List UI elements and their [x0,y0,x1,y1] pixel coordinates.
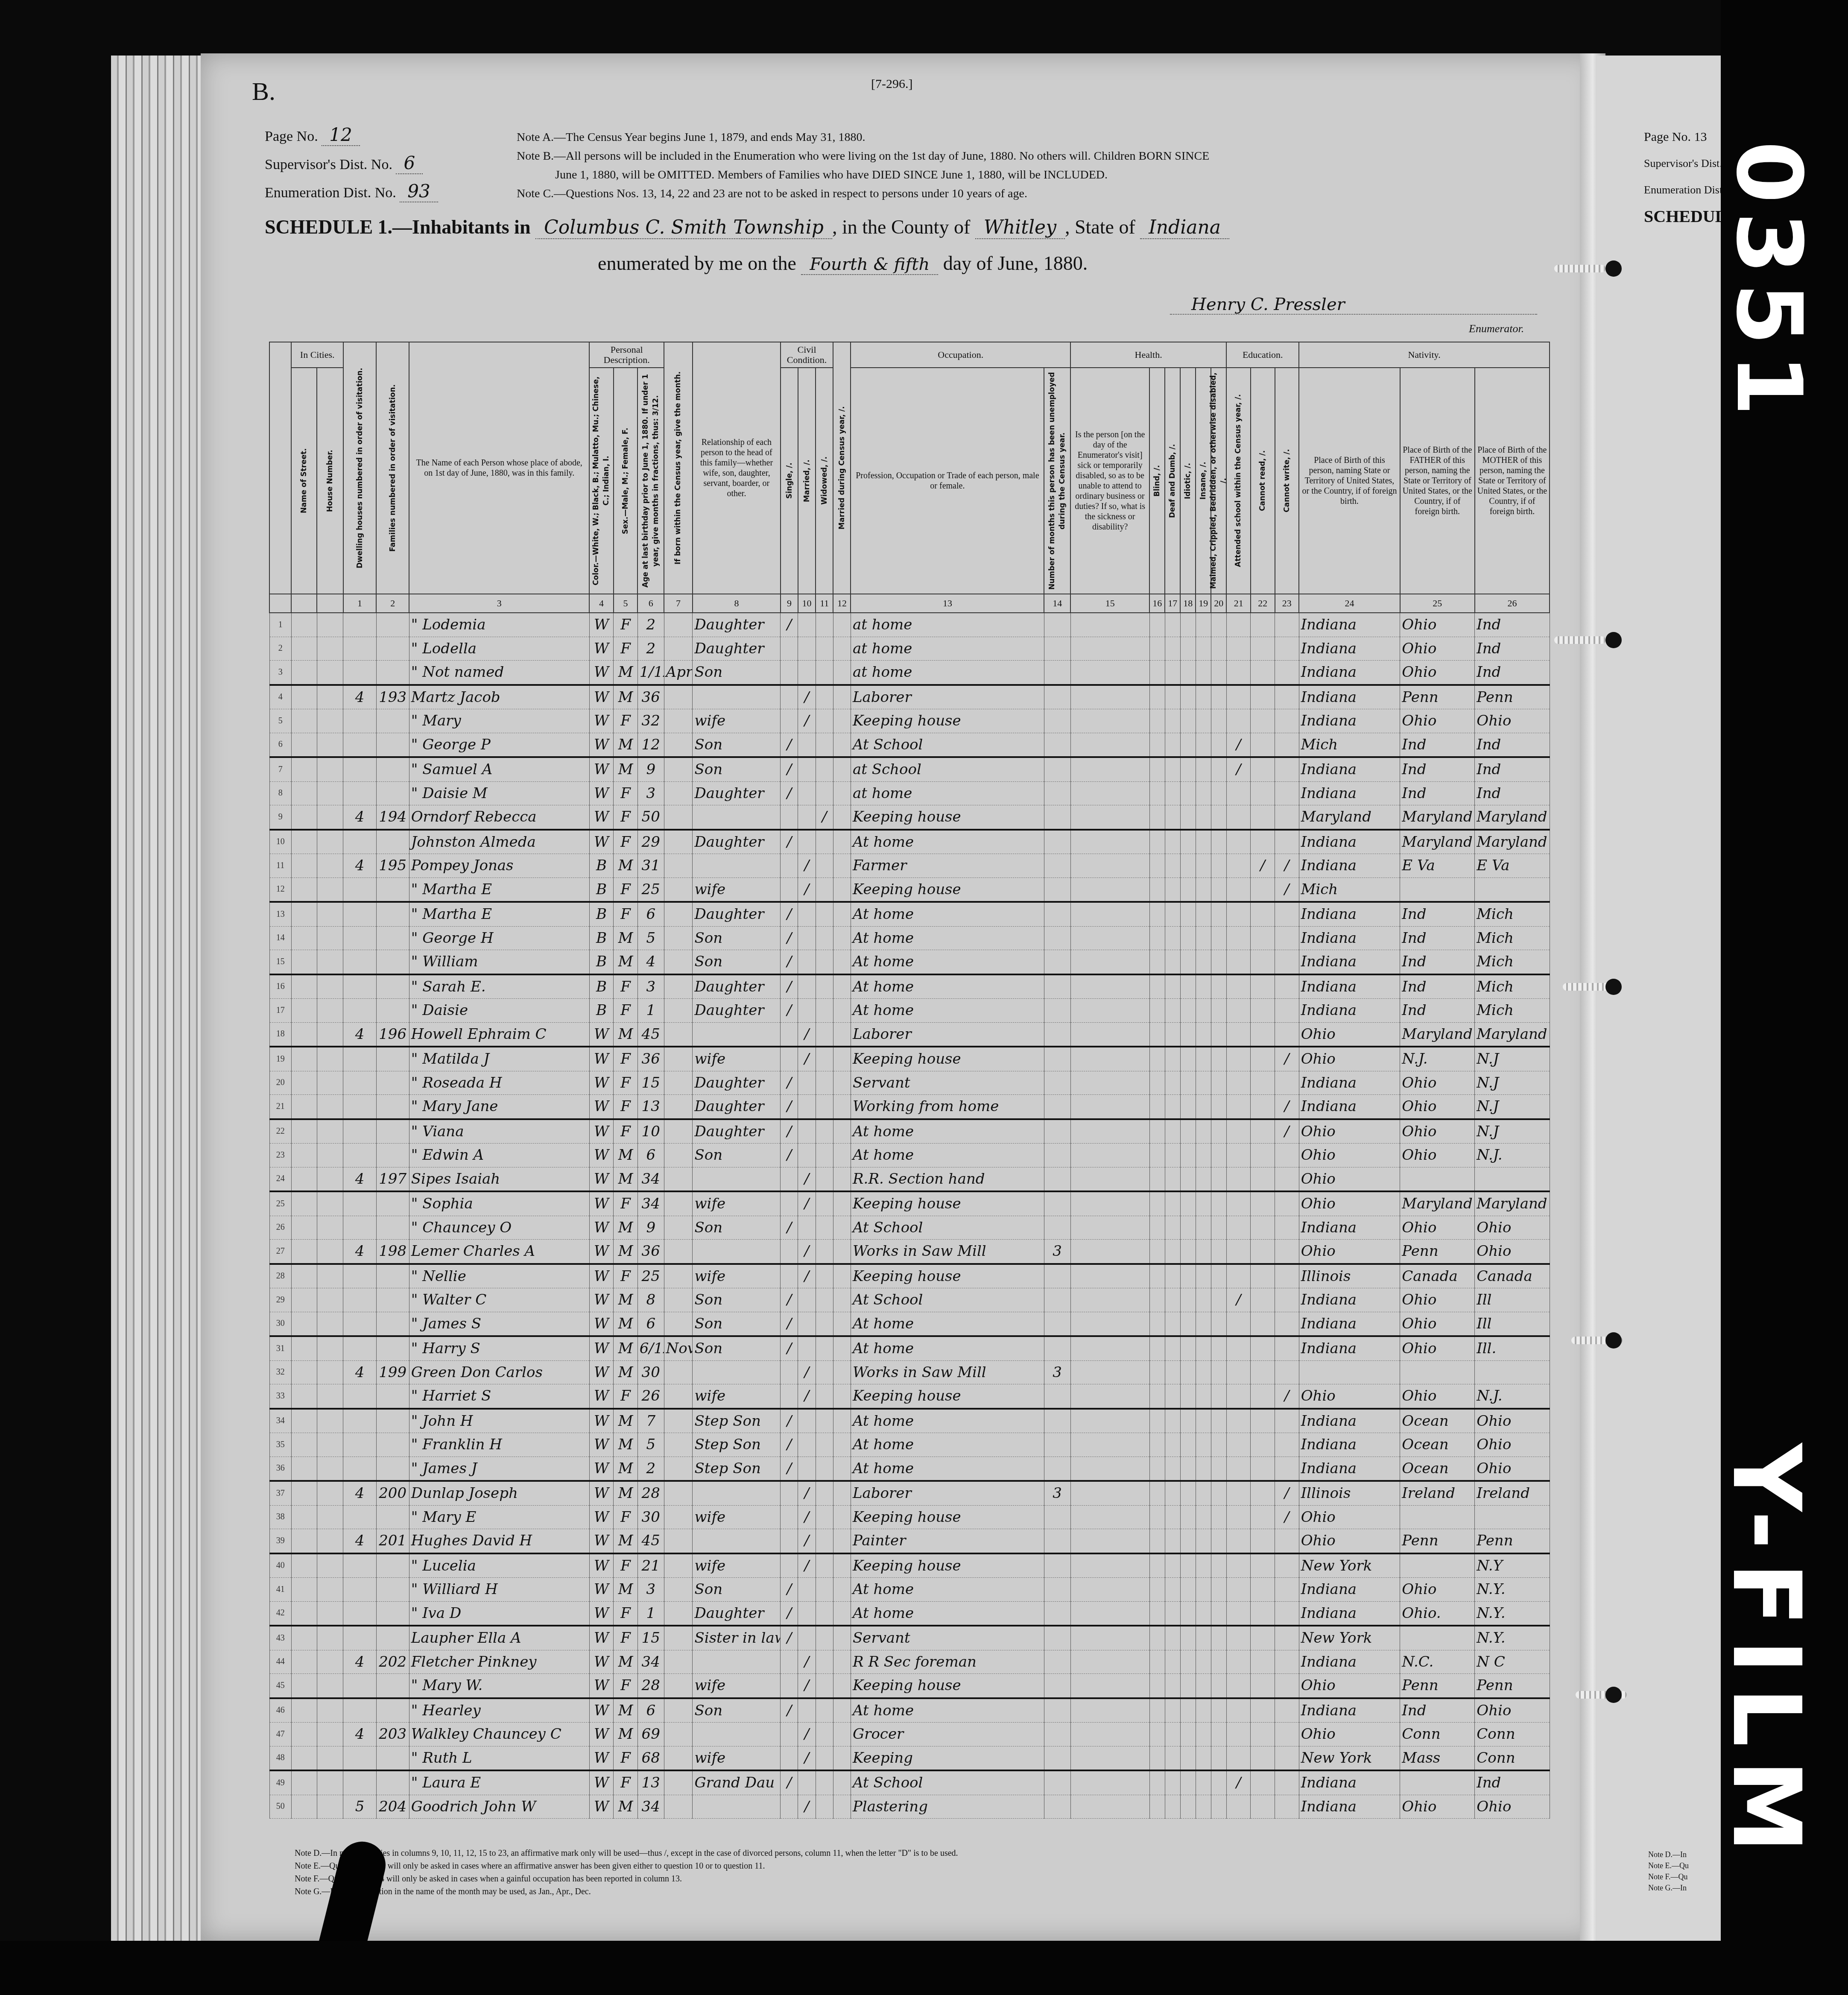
column-numbers-row: 1 2 3 4 5 6 7 8 9 10 11 12 13 14 15 16 1… [269,594,1550,613]
blind-cell [1149,1674,1165,1698]
house-cell [317,1264,343,1288]
month-cell: Nov [664,1336,693,1360]
sickness-cell [1070,1167,1149,1191]
married-cell: / [798,1240,816,1264]
father-birth-cell: Ind [1400,1698,1475,1723]
widowed-cell [816,757,833,781]
father-birth-cell [1400,1505,1475,1529]
sex-cell: F [614,1264,638,1288]
married-year-cell [833,1264,851,1288]
school-cell [1226,1336,1251,1360]
place-value: Columbus C. Smith Township [535,216,832,239]
deaf-cell [1165,685,1180,709]
married-cell: / [798,878,816,902]
street-cell [291,854,317,878]
age-cell: 21 [637,1553,664,1578]
unemployed-cell [1044,1505,1070,1529]
sex-cell: F [614,613,638,637]
birthplace-cell: Illinois [1299,1481,1400,1505]
relationship-cell: Son [693,926,781,950]
married-cell [798,950,816,974]
unemployed-cell [1044,1119,1070,1144]
cannot-write-cell [1275,1578,1299,1602]
house-cell [317,733,343,757]
color-cell: W [589,1578,614,1602]
blind-cell [1149,805,1165,830]
age-cell: 1/12 [637,661,664,685]
table-row: 10Johnston AlmedaWF29Daughter/At homeInd… [269,830,1550,854]
cannot-read-cell [1251,805,1275,830]
table-row: 43Laupher Ella AWF15Sister in law/Servan… [269,1626,1550,1650]
colnum: 4 [589,594,614,613]
idiotic-cell [1180,805,1196,830]
table-row: 34" John HWM7Step Son/At homeIndianaOcea… [269,1409,1550,1433]
name-cell: " Lodella [409,637,589,661]
dwelling-cell [343,637,376,661]
blind-cell [1149,926,1165,950]
age-cell: 12 [637,733,664,757]
street-cell [291,1022,317,1047]
table-row: 30" James SWM6Son/At homeIndianaOhioIll [269,1312,1550,1336]
blind-cell [1149,1746,1165,1770]
house-cell [317,854,343,878]
row-number: 40 [269,1553,291,1578]
color-cell: W [589,661,614,685]
row-number: 45 [269,1674,291,1698]
maimed-cell [1211,661,1226,685]
deaf-cell [1165,1674,1180,1698]
sickness-cell [1070,1312,1149,1336]
insane-cell [1196,1047,1211,1071]
film-bottom-border [0,1941,1848,1995]
birthplace-cell: Indiana [1299,1770,1400,1795]
idiotic-cell [1180,1336,1196,1360]
cannot-read-cell [1251,950,1275,974]
deaf-cell [1165,1312,1180,1336]
next-note: Note F.—Qu [1648,1871,1689,1882]
mother-birth-cell: Penn [1475,1674,1550,1698]
name-cell: Lemer Charles A [409,1240,589,1264]
family-cell [376,1144,409,1167]
married-year-cell [833,1505,851,1529]
name-cell: " Daisie [409,999,589,1023]
color-cell: W [589,1384,614,1409]
color-cell: W [589,1022,614,1047]
age-cell: 32 [637,709,664,733]
father-birth-cell: Ind [1400,757,1475,781]
sickness-cell [1070,999,1149,1023]
month-cell [664,1360,693,1384]
birthplace-cell: Indiana [1299,830,1400,854]
father-birth-cell: Ind [1400,902,1475,926]
cannot-write-cell [1275,1216,1299,1240]
married-year-cell [833,1336,851,1360]
color-cell: W [589,1336,614,1360]
single-cell [781,1674,798,1698]
unemployed-cell [1044,1022,1070,1047]
month-cell [664,902,693,926]
idiotic-cell [1180,1505,1196,1529]
school-cell [1226,1529,1251,1553]
school-cell [1226,1746,1251,1770]
unemployed-cell: 3 [1044,1240,1070,1264]
father-birth-cell [1400,1360,1475,1384]
col-month-born: If born within the Census year, give the… [664,342,693,594]
name-cell: " William [409,950,589,974]
deaf-cell [1165,1095,1180,1119]
family-cell [376,1409,409,1433]
colnum: 13 [851,594,1044,613]
sex-cell: M [614,1167,638,1191]
deaf-cell [1165,1601,1180,1626]
blind-cell [1149,1336,1165,1360]
unemployed-cell [1044,1336,1070,1360]
dwelling-cell [343,781,376,805]
idiotic-cell [1180,1457,1196,1481]
name-cell: " Martha E [409,878,589,902]
mother-birth-cell: Ohio [1475,1433,1550,1457]
cannot-write-cell [1275,685,1299,709]
insane-cell [1196,830,1211,854]
dwelling-cell [343,1578,376,1602]
blind-cell [1149,1457,1165,1481]
married-cell [798,1457,816,1481]
cannot-write-cell [1275,1240,1299,1264]
col-idiotic: Idiotic, /. [1180,368,1196,594]
next-note: Note D.—In [1648,1849,1689,1860]
binding-hole-icon [1605,1332,1622,1349]
married-cell [798,1312,816,1336]
dwelling-cell: 4 [343,854,376,878]
mother-birth-cell: N.Y. [1475,1626,1550,1650]
mother-birth-cell: N.J. [1475,1144,1550,1167]
sex-cell: M [614,1795,638,1819]
cannot-read-cell [1251,999,1275,1023]
cannot-write-cell [1275,1288,1299,1312]
name-cell: " Mary E [409,1505,589,1529]
sex-cell: M [614,1022,638,1047]
group-civil: Civil Condition. [781,342,833,368]
birthplace-cell: Ohio [1299,1505,1400,1529]
single-cell [781,709,798,733]
idiotic-cell [1180,1770,1196,1795]
deaf-cell [1165,709,1180,733]
sex-cell: M [614,685,638,709]
mother-birth-cell: Ohio [1475,1409,1550,1433]
name-cell: Green Don Carlos [409,1360,589,1384]
relationship-cell: Daughter [693,902,781,926]
unemployed-cell [1044,637,1070,661]
birthplace-cell: New York [1299,1553,1400,1578]
married-year-cell [833,1553,851,1578]
supervisor-label: Supervisor's Dist. No. [265,157,392,173]
married-year-cell [833,1384,851,1409]
maimed-cell [1211,1264,1226,1288]
house-cell [317,926,343,950]
cannot-write-cell [1275,1071,1299,1095]
mother-birth-cell: Ohio [1475,1216,1550,1240]
single-cell [781,1022,798,1047]
school-cell [1226,1723,1251,1746]
dwelling-cell [343,1095,376,1119]
color-cell: W [589,1216,614,1240]
dwelling-cell [343,1626,376,1650]
cannot-write-cell [1275,1529,1299,1553]
family-cell: 201 [376,1529,409,1553]
col-mother-birth: Place of Birth of the MOTHER of this per… [1475,368,1550,594]
single-cell: / [781,1578,798,1602]
binding-cord-icon [1554,636,1605,644]
age-cell: 50 [637,805,664,830]
married-year-cell [833,1409,851,1433]
deaf-cell [1165,974,1180,999]
cannot-read-cell [1251,1433,1275,1457]
relationship-cell: Daughter [693,613,781,637]
sex-cell: M [614,1698,638,1723]
married-cell [798,1601,816,1626]
sex-cell: M [614,1240,638,1264]
month-cell [664,1409,693,1433]
widowed-cell [816,1119,833,1144]
occupation-cell: Keeping house [851,805,1044,830]
insane-cell [1196,1601,1211,1626]
occupation-cell: Working from home [851,1095,1044,1119]
birthplace-cell: Ohio [1299,1144,1400,1167]
maimed-cell [1211,1626,1226,1650]
blind-cell [1149,1095,1165,1119]
maimed-cell [1211,1553,1226,1578]
maimed-cell [1211,1312,1226,1336]
birthplace-cell: Indiana [1299,950,1400,974]
married-cell [798,1336,816,1360]
name-cell: " John H [409,1409,589,1433]
widowed-cell [816,974,833,999]
relationship-cell [693,805,781,830]
dwelling-cell [343,1312,376,1336]
insane-cell [1196,974,1211,999]
birthplace-cell: Indiana [1299,1601,1400,1626]
relationship-cell: wife [693,1264,781,1288]
relationship-cell: Daughter [693,830,781,854]
family-cell [376,926,409,950]
idiotic-cell [1180,1433,1196,1457]
deaf-cell [1165,1770,1180,1795]
widowed-cell [816,661,833,685]
cannot-write-cell [1275,1553,1299,1578]
color-cell: W [589,1047,614,1071]
occupation-cell: Keeping house [851,1553,1044,1578]
relationship-cell [693,1529,781,1553]
idiotic-cell [1180,1240,1196,1264]
row-number: 48 [269,1746,291,1770]
color-cell: W [589,1795,614,1819]
maimed-cell [1211,974,1226,999]
father-birth-cell: E Va [1400,854,1475,878]
cannot-write-cell [1275,1312,1299,1336]
mother-birth-cell: Conn [1475,1723,1550,1746]
insane-cell [1196,1144,1211,1167]
widowed-cell [816,830,833,854]
deaf-cell [1165,1240,1180,1264]
next-page-notes: Note D.—In Note E.—Qu Note F.—Qu Note G.… [1648,1849,1689,1893]
father-birth-cell: Ohio [1400,661,1475,685]
enumeration-date-line: enumerated by me on the Fourth & fifth d… [598,252,1088,275]
mother-birth-cell: Maryland [1475,830,1550,854]
sickness-cell [1070,1601,1149,1626]
dwelling-cell [343,950,376,974]
color-cell: W [589,1553,614,1578]
idiotic-cell [1180,1312,1196,1336]
maimed-cell [1211,999,1226,1023]
family-cell [376,950,409,974]
birthplace-cell: Indiana [1299,1698,1400,1723]
house-cell [317,1360,343,1384]
occupation-cell: At home [851,1336,1044,1360]
sex-cell: F [614,1191,638,1216]
cannot-write-cell [1275,613,1299,637]
color-cell: W [589,1481,614,1505]
cannot-read-cell [1251,1601,1275,1626]
father-birth-cell [1400,1167,1475,1191]
age-cell: 45 [637,1529,664,1553]
cannot-write-cell: / [1275,1384,1299,1409]
deaf-cell [1165,1360,1180,1384]
idiotic-cell [1180,1601,1196,1626]
widowed-cell [816,781,833,805]
mother-birth-cell: Mich [1475,974,1550,999]
maimed-cell [1211,1144,1226,1167]
relationship-cell: wife [693,709,781,733]
color-cell: B [589,926,614,950]
school-cell [1226,830,1251,854]
single-cell: / [781,1071,798,1095]
insane-cell [1196,805,1211,830]
blind-cell [1149,1240,1165,1264]
birthplace-cell: Indiana [1299,661,1400,685]
table-row: 474203Walkley Chauncey CWM69/GrocerOhioC… [269,1723,1550,1746]
col-deaf: Deaf and Dumb, /. [1165,368,1180,594]
blind-cell [1149,1167,1165,1191]
col-married-year: Married during Census year, /. [833,342,851,594]
widowed-cell [816,902,833,926]
table-row: 29" Walter CWM8Son/At School/IndianaOhio… [269,1288,1550,1312]
mother-birth-cell: Penn [1475,1529,1550,1553]
cannot-write-cell [1275,1723,1299,1746]
father-birth-cell: Ind [1400,781,1475,805]
cannot-read-cell [1251,1288,1275,1312]
maimed-cell [1211,1505,1226,1529]
month-cell [664,637,693,661]
deaf-cell [1165,1698,1180,1723]
maimed-cell [1211,1578,1226,1602]
name-cell: " Martha E [409,902,589,926]
col-single: Single, /. [781,368,798,594]
mother-birth-cell: Ind [1475,733,1550,757]
cannot-read-cell [1251,1481,1275,1505]
school-cell: / [1226,757,1251,781]
idiotic-cell [1180,1626,1196,1650]
single-cell [781,1264,798,1288]
widowed-cell [816,926,833,950]
month-cell [664,1723,693,1746]
dwelling-cell: 4 [343,1481,376,1505]
row-number: 22 [269,1119,291,1144]
relationship-cell: Daughter [693,781,781,805]
group-occupation: Occupation. [851,342,1070,368]
cannot-read-cell [1251,902,1275,926]
table-row: 94194Orndorf RebeccaWF50/Keeping houseMa… [269,805,1550,830]
widowed-cell [816,1095,833,1119]
colnum: 16 [1149,594,1165,613]
street-cell [291,1336,317,1360]
month-cell [664,830,693,854]
school-cell [1226,926,1251,950]
census-rows: 1" LodemiaWF2Daughter/at homeIndianaOhio… [269,613,1550,1819]
occupation-cell: Works in Saw Mill [851,1360,1044,1384]
sex-cell: M [614,854,638,878]
cannot-read-cell [1251,1144,1275,1167]
street-cell [291,637,317,661]
school-cell [1226,1264,1251,1288]
school-cell [1226,637,1251,661]
birthplace-cell: Indiana [1299,637,1400,661]
age-cell: 36 [637,685,664,709]
occupation-cell: Keeping house [851,1047,1044,1071]
blind-cell [1149,1770,1165,1795]
month-cell [664,1650,693,1674]
blind-cell [1149,974,1165,999]
street-cell [291,661,317,685]
unemployed-cell [1044,1795,1070,1819]
family-cell [376,757,409,781]
single-cell: / [781,926,798,950]
sickness-cell [1070,733,1149,757]
deaf-cell [1165,1505,1180,1529]
maimed-cell [1211,685,1226,709]
sickness-cell [1070,1071,1149,1095]
widowed-cell [816,878,833,902]
relationship-cell: wife [693,1674,781,1698]
family-cell [376,733,409,757]
next-note: Note E.—Qu [1648,1860,1689,1871]
street-cell [291,1360,317,1384]
idiotic-cell [1180,1578,1196,1602]
married-year-cell [833,830,851,854]
month-cell [664,1626,693,1650]
sickness-cell [1070,1144,1149,1167]
mother-birth-cell: Mich [1475,999,1550,1023]
deaf-cell [1165,1578,1180,1602]
married-cell [798,781,816,805]
married-cell: / [798,1795,816,1819]
school-cell [1226,1795,1251,1819]
row-number: 36 [269,1457,291,1481]
mother-birth-cell: Ind [1475,637,1550,661]
film-label: Y-FILM [1723,1443,1821,1866]
widowed-cell [816,1191,833,1216]
insane-cell [1196,661,1211,685]
mother-birth-cell: Ind [1475,661,1550,685]
relationship-cell: wife [693,1384,781,1409]
blind-cell [1149,1578,1165,1602]
col-sickness: Is the person [on the day of the Enumera… [1070,368,1149,594]
cannot-write-cell [1275,733,1299,757]
age-cell: 13 [637,1770,664,1795]
cannot-read-cell [1251,1457,1275,1481]
house-cell [317,637,343,661]
colnum: 26 [1475,594,1550,613]
birthplace-cell: Ohio [1299,1674,1400,1698]
